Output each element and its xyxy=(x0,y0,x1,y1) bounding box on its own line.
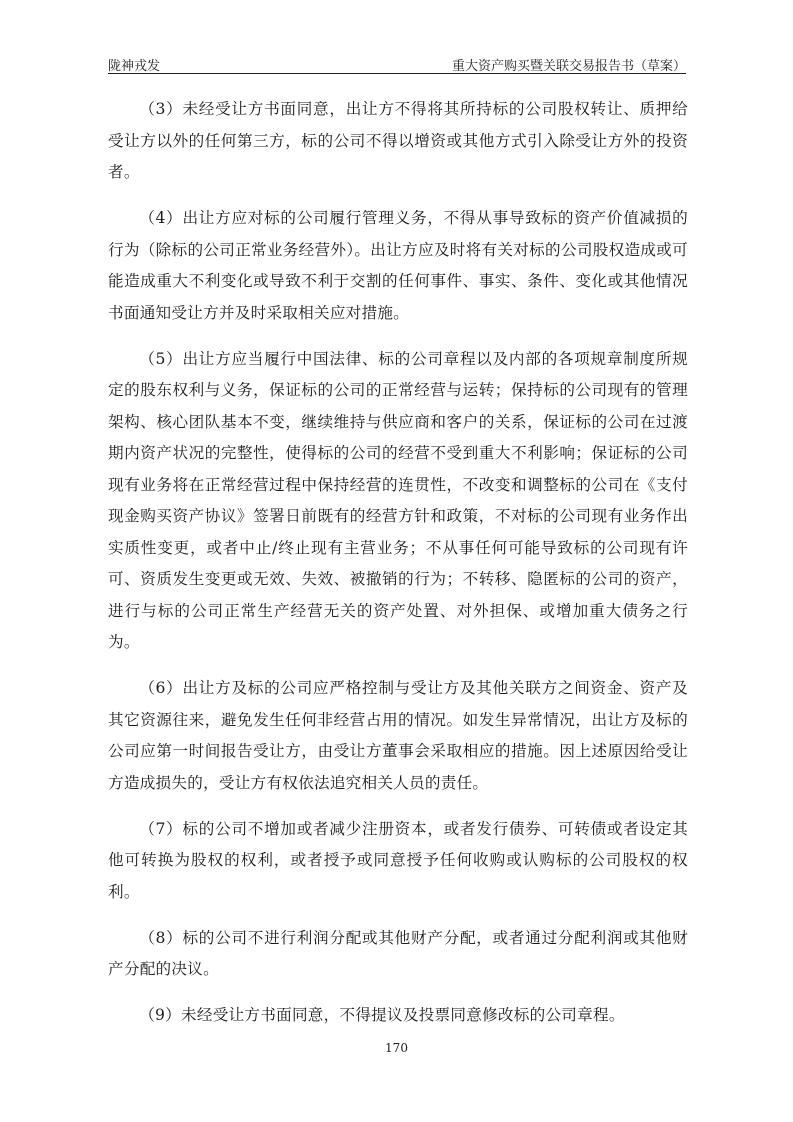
paragraph-item-7: （7）标的公司不增加或者减少注册资本，或者发行债券、可转债或者设定其他可转换为股… xyxy=(108,814,688,909)
paragraph-item-4: （4）出让方应对标的公司履行管理义务，不得从事导致标的资产价值减损的行为（除标的… xyxy=(108,203,688,329)
page-number: 170 xyxy=(0,1041,793,1055)
header-document-title: 重大资产购买暨关联交易报告书（草案） xyxy=(452,55,686,74)
header-company-name: 陇神戎发 xyxy=(108,55,160,74)
document-body: （3）未经受让方书面同意，出让方不得将其所持标的公司股权转让、质押给受让方以外的… xyxy=(108,94,688,1046)
page-header: 陇神戎发 重大资产购买暨关联交易报告书（草案） xyxy=(108,55,686,74)
paragraph-item-9: （9）未经受让方书面同意，不得提议及投票同意修改标的公司章程。 xyxy=(108,1000,688,1032)
paragraph-item-8: （8）标的公司不进行利润分配或其他财产分配，或者通过分配利润或其他财产分配的决议… xyxy=(108,923,688,986)
paragraph-item-5: （5）出让方应当履行中国法律、标的公司章程以及内部的各项规章制度所规定的股东权利… xyxy=(108,344,688,659)
paragraph-item-6: （6）出让方及标的公司应严格控制与受让方及其他关联方之间资金、资产及其它资源往来… xyxy=(108,673,688,799)
paragraph-item-3: （3）未经受让方书面同意，出让方不得将其所持标的公司股权转让、质押给受让方以外的… xyxy=(108,94,688,189)
